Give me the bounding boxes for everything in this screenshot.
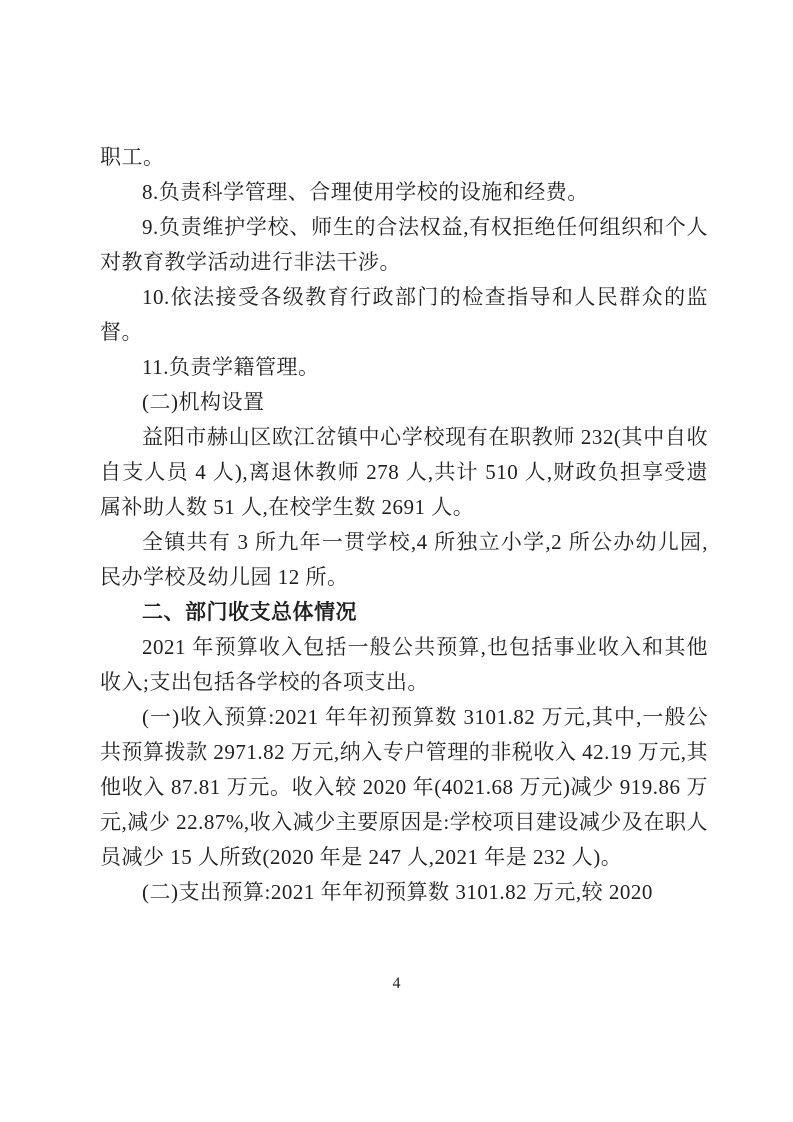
page-content: 职工。 8.负责科学管理、合理使用学校的设施和经费。 9.负责维护学校、师生的合… — [100, 140, 708, 910]
paragraph-continuation: 职工。 — [100, 140, 708, 175]
paragraph-budget-intro: 2021 年预算收入包括一般公共预算,也包括事业收入和其他收入;支出包括各学校的… — [100, 630, 708, 700]
paragraph-duty-10: 10.依法接受各级教育行政部门的检查指导和人民群众的监督。 — [100, 280, 708, 350]
paragraph-subsection-org-setup: (二)机构设置 — [100, 385, 708, 420]
paragraph-school-statistics: 全镇共有 3 所九年一贯学校,4 所独立小学,2 所公办幼儿园,民办学校及幼儿园… — [100, 525, 708, 595]
section-heading-budget-overview: 二、部门收支总体情况 — [100, 595, 708, 630]
paragraph-expense-budget: (二)支出预算:2021 年年初预算数 3101.82 万元,较 2020 — [100, 875, 708, 910]
paragraph-duty-11: 11.负责学籍管理。 — [100, 350, 708, 385]
paragraph-duty-9: 9.负责维护学校、师生的合法权益,有权拒绝任何组织和个人对教育教学活动进行非法干… — [100, 210, 708, 280]
paragraph-duty-8: 8.负责科学管理、合理使用学校的设施和经费。 — [100, 175, 708, 210]
page-number: 4 — [0, 975, 793, 993]
paragraph-income-budget: (一)收入预算:2021 年年初预算数 3101.82 万元,其中,一般公共预算… — [100, 700, 708, 875]
paragraph-staff-statistics: 益阳市赫山区欧江岔镇中心学校现有在职教师 232(其中自收自支人员 4 人),离… — [100, 420, 708, 525]
document-page: 职工。 8.负责科学管理、合理使用学校的设施和经费。 9.负责维护学校、师生的合… — [0, 0, 793, 1122]
